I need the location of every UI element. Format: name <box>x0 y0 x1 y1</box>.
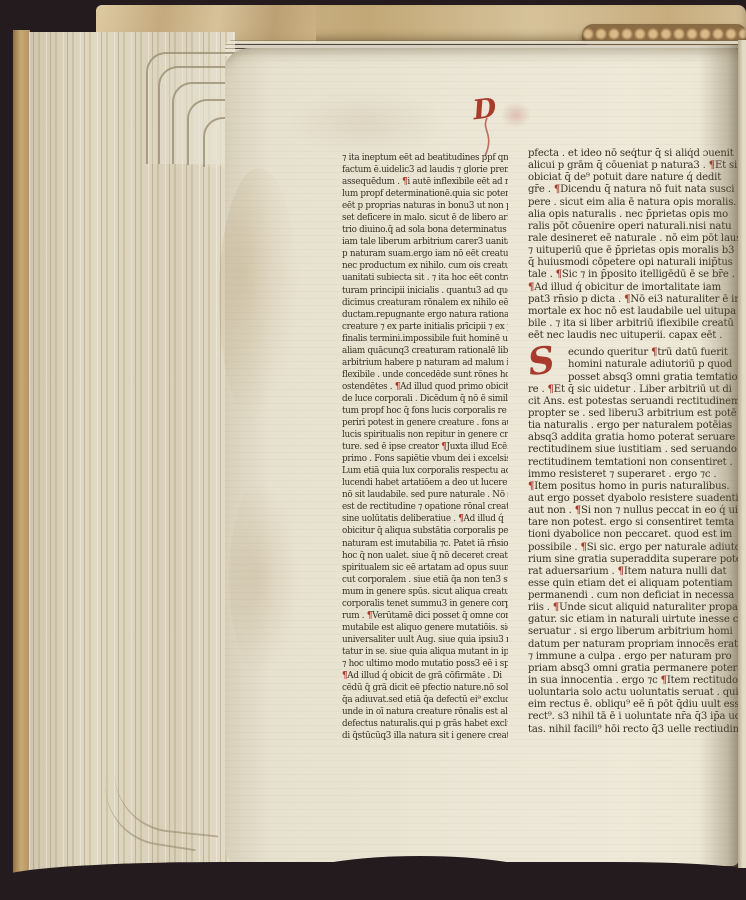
text-line: turam principii inicialis . quantu3 ad q… <box>342 285 508 297</box>
text-line: ductam.repugnante ergo natura rationalis <box>342 309 508 321</box>
text-line: ostendētes . ¶Ad illud quod primo obicit <box>342 381 508 393</box>
text-line: ¶Ad illud q́ obicit de grā cōfirmāte . D… <box>342 670 508 682</box>
text-line: lucendi habet artatiōem a deo ut lucere … <box>342 477 508 489</box>
text-line: creature ⁊ ex parte initialis prīcipii ⁊… <box>342 321 508 333</box>
foxing-stain <box>219 168 299 428</box>
text-line: uanitati subiecta sit . ⁊ ita hoc eēt co… <box>342 272 508 284</box>
text-line: factum ē.uidelic3 ad laudis ⁊ glorie pre… <box>342 164 508 176</box>
text-line: corporalis tenet summu3 in genere corpo <box>342 598 508 610</box>
text-line: nō sit laudabile. sed pure naturale . Nō… <box>342 489 508 501</box>
text-line: naturam est imutabilia ⁊c. Patet iā rn̄s… <box>342 538 508 550</box>
drop-cap-initial-S: S <box>528 346 566 376</box>
text-line: finalis termini.impossibile fuit hominē … <box>342 333 508 345</box>
text-line: trio diuino.q̄ ad sola bona determinatus… <box>342 224 508 236</box>
text-line: iam tale liberum arbitrium carer3 uanita… <box>342 236 508 248</box>
text-line: assequēdum . ¶i autē inflexibile eēt ad … <box>342 176 508 188</box>
text-line: di q̄stūcūq3 illa natura sit i genere cr… <box>342 730 508 742</box>
text-line: dicimus creaturam rōnalem ex nihilo eē p <box>342 297 508 309</box>
text-line: rum . ¶Verūtamē dici posset q̄ omne corp… <box>342 610 508 622</box>
text-line: de luce corporali . Dicēdum q̄ nō ē simi… <box>342 393 508 405</box>
text-line: aliam quācunq3 creaturam rationalē liber… <box>342 345 508 357</box>
text-line: p naturam suam.ergo iam nō eēt creatura. <box>342 248 508 260</box>
open-page: D ⁊ ita ineptum eēt ad beatitudines ppf … <box>225 48 740 866</box>
text-line: cut corporalem . siue etiā q̄a non ten3 … <box>342 574 508 586</box>
text-line: spiritualem sic eē artatam ad opus suum … <box>342 562 508 574</box>
book-photograph: D ⁊ ita ineptum eēt ad beatitudines ppf … <box>0 0 746 900</box>
foxing-stain <box>285 88 445 158</box>
text-line: tatur in se. siue quia aliqua mutant in … <box>342 646 508 658</box>
text-line: set deficere in malo. sicut ē de libero … <box>342 212 508 224</box>
gutter-fold-shadow <box>698 44 740 868</box>
text-line: nec productum ex nihilo. cum ois creatur… <box>342 260 508 272</box>
text-line: periri potest in genere creature . fons … <box>342 417 508 429</box>
text-line: eēt p proprias naturas in bonu3 ut non p… <box>342 200 508 212</box>
text-line: ⁊ ita ineptum eēt ad beatitudines ppf qn… <box>342 152 508 164</box>
quire-mark-ghost-offset <box>501 102 531 128</box>
cover-edge-left <box>13 30 30 882</box>
text-line: est de rectitudine ⁊ opatione rōnal crea… <box>342 501 508 513</box>
text-line: ture. sed ē ipse creator ¶Juxta illud Ec… <box>342 441 508 453</box>
text-line: arbitrium habere p naturam ad malum in <box>342 357 508 369</box>
text-line: q̄a adiuvat.sed etiā q̄a defectū ei⁹ exc… <box>342 694 508 706</box>
text-line: ⁊ hoc ultimo modo mutatio poss3 eē i spi… <box>342 658 508 670</box>
text-line: primo . Fons sapiētie vbum dei i excelsi… <box>342 453 508 465</box>
facing-page-sliver <box>738 40 746 868</box>
text-line: mutabile est aliquo genere mutatiōis. si… <box>342 622 508 634</box>
text-line: obicitur q̄ aliqua substātia corporalis … <box>342 525 508 537</box>
text-line: unde in oī natura creature rōnalis est a… <box>342 706 508 718</box>
text-line: sine uolūtatis deliberatiue . ¶Ad illud … <box>342 513 508 525</box>
text-line: cēdū q̄ grā dicit eē pfectio nature.nō s… <box>342 682 508 694</box>
text-line: tum propf hoc q̄ fons lucis corporalis r… <box>342 405 508 417</box>
text-line: Lum etiā quia lux corporalis respectu ac… <box>342 465 508 477</box>
text-line: mum in genere spūs. sicut aliqua creatur… <box>342 586 508 598</box>
foxing-stain <box>229 478 299 678</box>
text-column-left: ⁊ ita ineptum eēt ad beatitudines ppf qn… <box>342 152 508 748</box>
background-bottom <box>0 862 746 900</box>
text-line: hoc q̄ non ualet. siue q̄ nō deceret cre… <box>342 550 508 562</box>
text-line: flexibile . unde concedēde sunt rōnes ho… <box>342 369 508 381</box>
text-line: lum propf determinationē.quia sic potens <box>342 188 508 200</box>
text-line: universaliter uult Aug. siue quia ipsiu3… <box>342 634 508 646</box>
text-line: lucis spiritualis non repitur in genere … <box>342 429 508 441</box>
text-line: defectus naturalis.qui p grās habet excl… <box>342 718 508 730</box>
